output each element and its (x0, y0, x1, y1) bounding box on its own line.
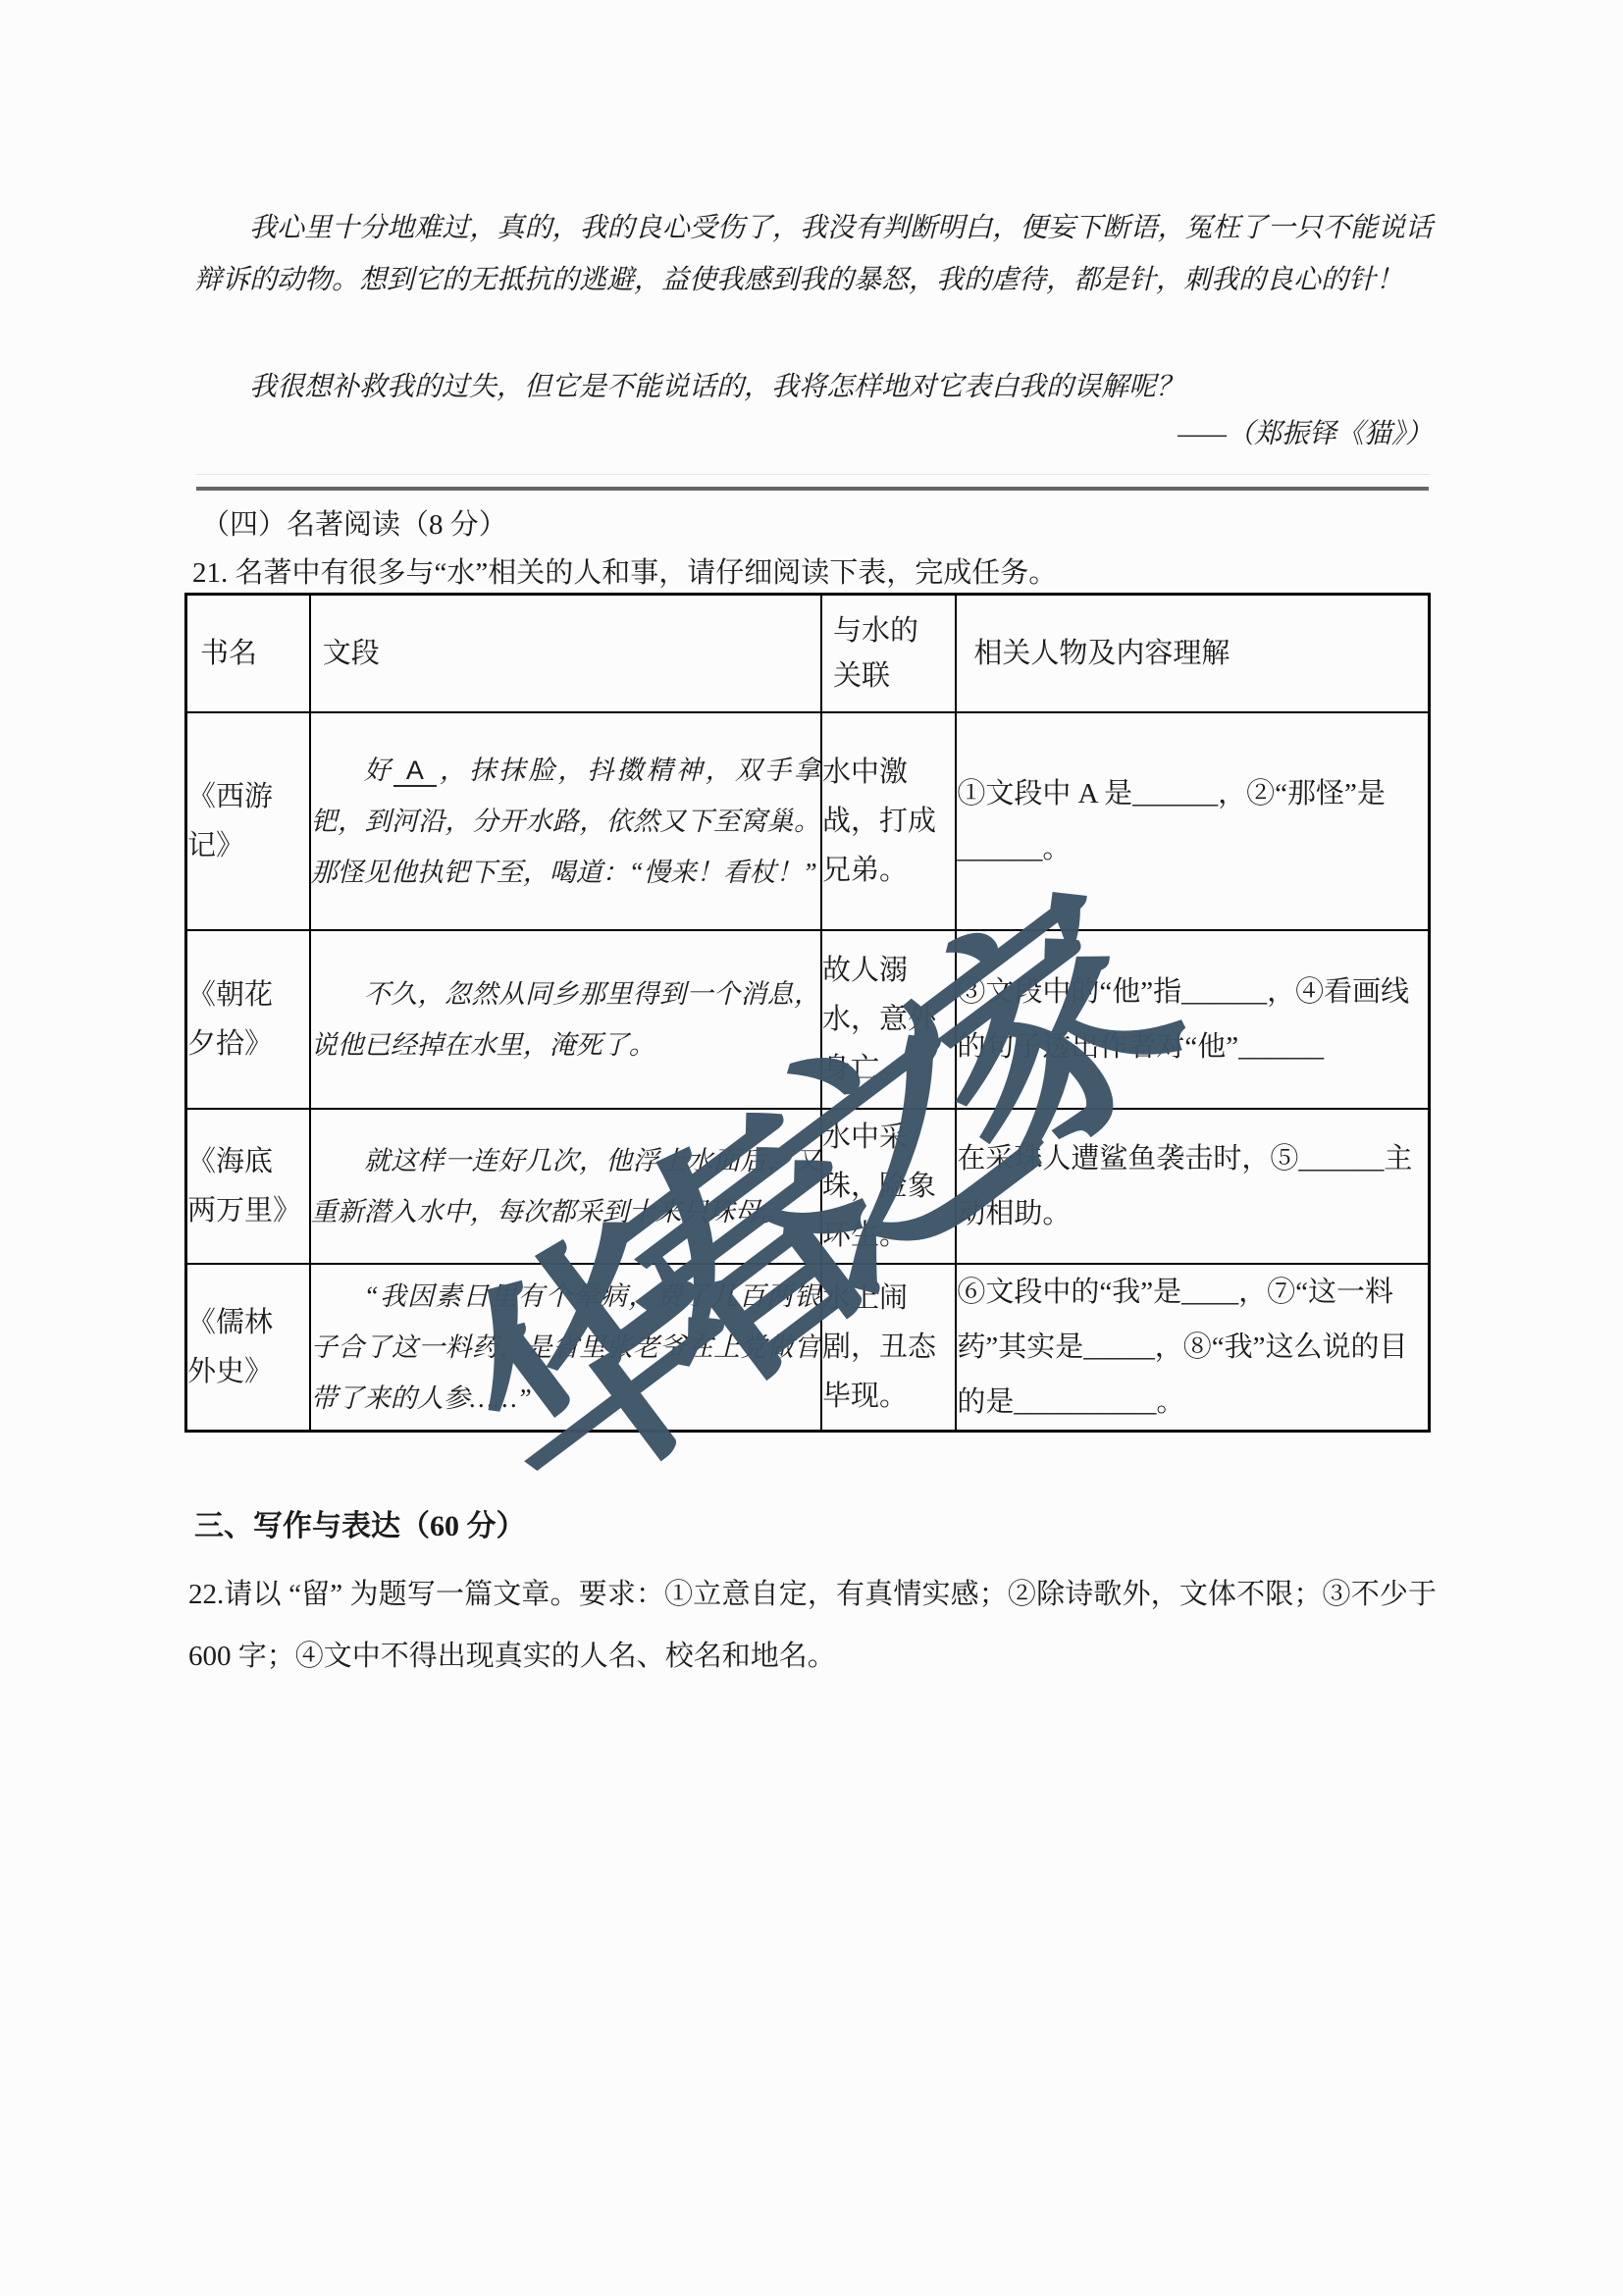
question-22: 22.请以 “留” 为题写一篇文章。要求：①立意自定，有真情实感；②除诗歌外，文… (188, 1564, 1437, 1688)
excerpt-paragraph-2: 我很想补救我的过失，但它是不能说话的，我将怎样地对它表白我的误解呢？ (194, 361, 1433, 413)
table-row-xiyouji: 《西游 记》 好A，抹抹脸，抖擞精神，双手拿钯，到河沿，分开水路，依然又下至窝巢… (186, 712, 1430, 930)
water-link-cell: 水中激 战，打成 兄弟。 (821, 712, 956, 930)
section4-title: （四）名著阅读（8 分） (201, 502, 507, 543)
exam-page: { "page": { "background": "#fcfcfc", "te… (0, 0, 1623, 2296)
book-title-cell: 《西游 记》 (186, 712, 310, 930)
table-row-zhaohuaxishi: 《朝花 夕拾》 不久，忽然从同乡那里得到一个消息，说他已经掉在水里，淹死了。 故… (186, 930, 1430, 1109)
passage-cell: “我因素日里有个晕病，费了几百两银子合了这一料药，是省里张老爷在上党做官带了来的… (310, 1264, 821, 1432)
header-passage: 文段 (310, 595, 821, 712)
passage-cell: 不久，忽然从同乡那里得到一个消息，说他已经掉在水里，淹死了。 (310, 930, 821, 1109)
table-row-rulinwaishi: 《儒林 外史》 “我因素日里有个晕病，费了几百两银子合了这一料药，是省里张老爷在… (186, 1264, 1430, 1432)
header-water-link: 与水的 关联 (821, 595, 956, 712)
task-cell: ③文段中的“他”指______，④看画线的句子透出作者对“他”______ (956, 930, 1429, 1109)
table-header-row: 书名 文段 与水的 关联 相关人物及内容理解 (186, 595, 1430, 712)
header-task: 相关人物及内容理解 (956, 595, 1429, 712)
book-title-cell: 《海底 两万里》 (186, 1109, 310, 1264)
passage-text: “我因素日里有个晕病，费了几百两银子合了这一料药，是省里张老爷在上党做官带了来的… (311, 1271, 820, 1424)
section3-title: 三、写作与表达（60 分） (194, 1501, 526, 1544)
answer-blank-a: A (393, 756, 437, 787)
book-title-cell: 《儒林 外史》 (186, 1264, 310, 1432)
header-book-title: 书名 (186, 595, 310, 712)
passage-text: 就这样一连好几次，他浮上水面后，又重新潜入水中，每次都采到十来只珠母。 (311, 1135, 820, 1237)
water-link-cell: 水中采 珠，险象 环生。 (821, 1109, 956, 1264)
passage-cell: 就这样一连好几次，他浮上水面后，又重新潜入水中，每次都采到十来只珠母。 (310, 1109, 821, 1264)
water-link-cell: 故人溺 水，意外 身亡。 (821, 930, 956, 1109)
task-cell: ①文段中 A 是______，②“那怪”是______。 (956, 712, 1429, 930)
passage-pre: 好 (364, 756, 393, 785)
excerpt-attribution: ——（郑振铎《猫》） (194, 412, 1433, 451)
water-link-cell: 水上闹 剧，丑态 毕现。 (821, 1264, 956, 1432)
question-21: 21. 名著中有很多与“水”相关的人和事，请仔细阅读下表，完成任务。 (192, 550, 1057, 591)
passage-text: 好A，抹抹脸，抖擞精神，双手拿钯，到河沿，分开水路，依然又下至窝巢。那怪见他执钯… (311, 745, 820, 898)
faint-divider-line (196, 474, 1429, 475)
section-divider-rule (196, 487, 1429, 491)
table-row-haidiliangwanli: 《海底 两万里》 就这样一连好几次，他浮上水面后，又重新潜入水中，每次都采到十来… (186, 1109, 1430, 1264)
passage-cell: 好A，抹抹脸，抖擞精神，双手拿钯，到河沿，分开水路，依然又下至窝巢。那怪见他执钯… (310, 712, 821, 930)
passage-text: 不久，忽然从同乡那里得到一个消息，说他已经掉在水里，淹死了。 (311, 968, 820, 1070)
excerpt-paragraph-1: 我心里十分地难过，真的，我的良心受伤了，我没有判断明白，便妄下断语，冤枉了一只不… (194, 202, 1433, 306)
books-table: 书名 文段 与水的 关联 相关人物及内容理解 《西游 记》 好A，抹抹脸，抖擞精… (184, 593, 1431, 1433)
book-title-cell: 《朝花 夕拾》 (186, 930, 310, 1109)
task-cell: 在采珠人遭鲨鱼袭击时，⑤______主动相助。 (956, 1109, 1429, 1264)
task-cell: ⑥文段中的“我”是____，⑦“这一料药”其实是_____，⑧“我”这么说的目的… (956, 1264, 1429, 1432)
